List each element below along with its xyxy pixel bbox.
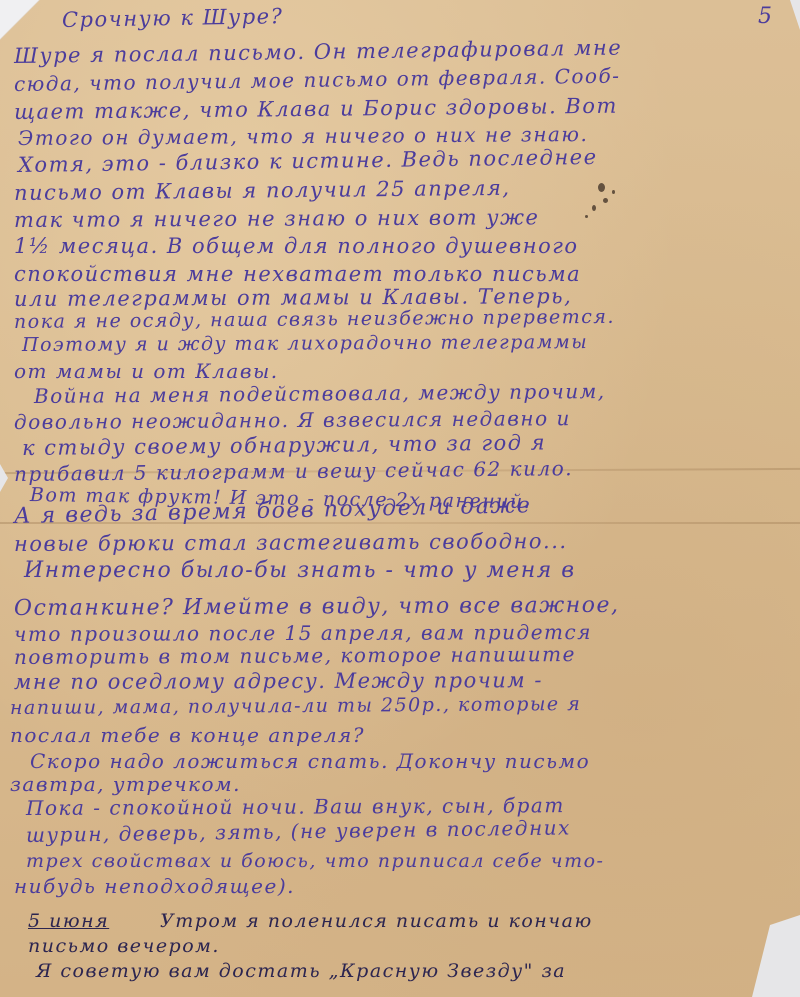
handwritten-line: Война на меня подействовала, между прочи…: [34, 379, 606, 408]
handwritten-line: Скоро надо ложиться спать. Докончу письм…: [30, 749, 590, 773]
ink-stain: [603, 198, 608, 203]
handwritten-line: спокойствия мне нехватает только письма: [14, 262, 581, 286]
handwritten-line: прибавил 5 килограмм и вешу сейчас 62 ки…: [14, 456, 573, 486]
handwritten-line: Останкине? Имейте в виду, что все важное…: [14, 593, 620, 621]
handwritten-line: так что я ничего не знаю о них вот уже: [14, 205, 539, 232]
handwritten-line: довольно неожиданно. Я взвесился недавно…: [14, 406, 571, 434]
handwritten-line: 1½ месяца. В общем для полного душевного: [14, 234, 579, 258]
handwritten-line: Срочную к Шуре?: [62, 4, 284, 32]
handwritten-line: послал тебе в конце апреля?: [10, 723, 365, 747]
handwritten-line: щает также, что Клава и Борис здоровы. В…: [14, 94, 618, 124]
handwritten-line: сюда, что получил мое письмо от февраля.…: [14, 64, 621, 96]
handwritten-line: к стыду своему обнаружил, что за год я: [22, 431, 546, 460]
handwritten-line: нибудь неподходящее).: [14, 874, 295, 898]
handwritten-line: Утром я поленился писать и кончаю: [160, 910, 593, 932]
ink-stain: [612, 190, 615, 194]
handwritten-line: Поэтому я и жду так лихорадочно телеграм…: [22, 331, 588, 356]
ink-stain: [592, 205, 596, 211]
handwritten-line: Интересно было-бы знать - что у меня в: [24, 558, 576, 583]
page-number: 5: [758, 4, 772, 29]
handwritten-line: письмо вечером.: [28, 935, 220, 957]
handwritten-line: трех свойствах и боюсь, что приписал себ…: [26, 850, 604, 872]
handwritten-line: напиши, мама, получила-ли ты 250р., кото…: [10, 693, 581, 719]
handwritten-line: Я советую вам достать „Красную Звезду" з…: [36, 960, 566, 982]
handwritten-line: завтра, утречком.: [10, 772, 241, 796]
letter-page: 5 Срочную к Шуре? Шуре я послал письмо. …: [0, 0, 800, 997]
handwritten-line: новые брюки стал застегивать свободно...: [14, 529, 568, 556]
handwritten-line: повторить в том письме, которое напишите: [14, 642, 576, 669]
ink-stain: [585, 215, 588, 218]
ink-stain: [598, 183, 605, 192]
handwritten-line: письмо от Клавы я получил 25 апреля,: [14, 176, 511, 205]
handwritten-line: от мамы и от Клавы.: [14, 359, 279, 383]
handwritten-line: Шуре я послал письмо. Он телеграфировал …: [14, 36, 623, 68]
handwritten-line: пока я не осяду, наша связь неизбежно пр…: [14, 306, 615, 333]
handwritten-line: мне по оседлому адресу. Между прочим -: [14, 668, 543, 694]
handwritten-line: шурин, деверь, зять, (не уверен в послед…: [26, 815, 571, 847]
handwritten-line: Хотя, это - близко к истине. Ведь послед…: [18, 145, 598, 177]
